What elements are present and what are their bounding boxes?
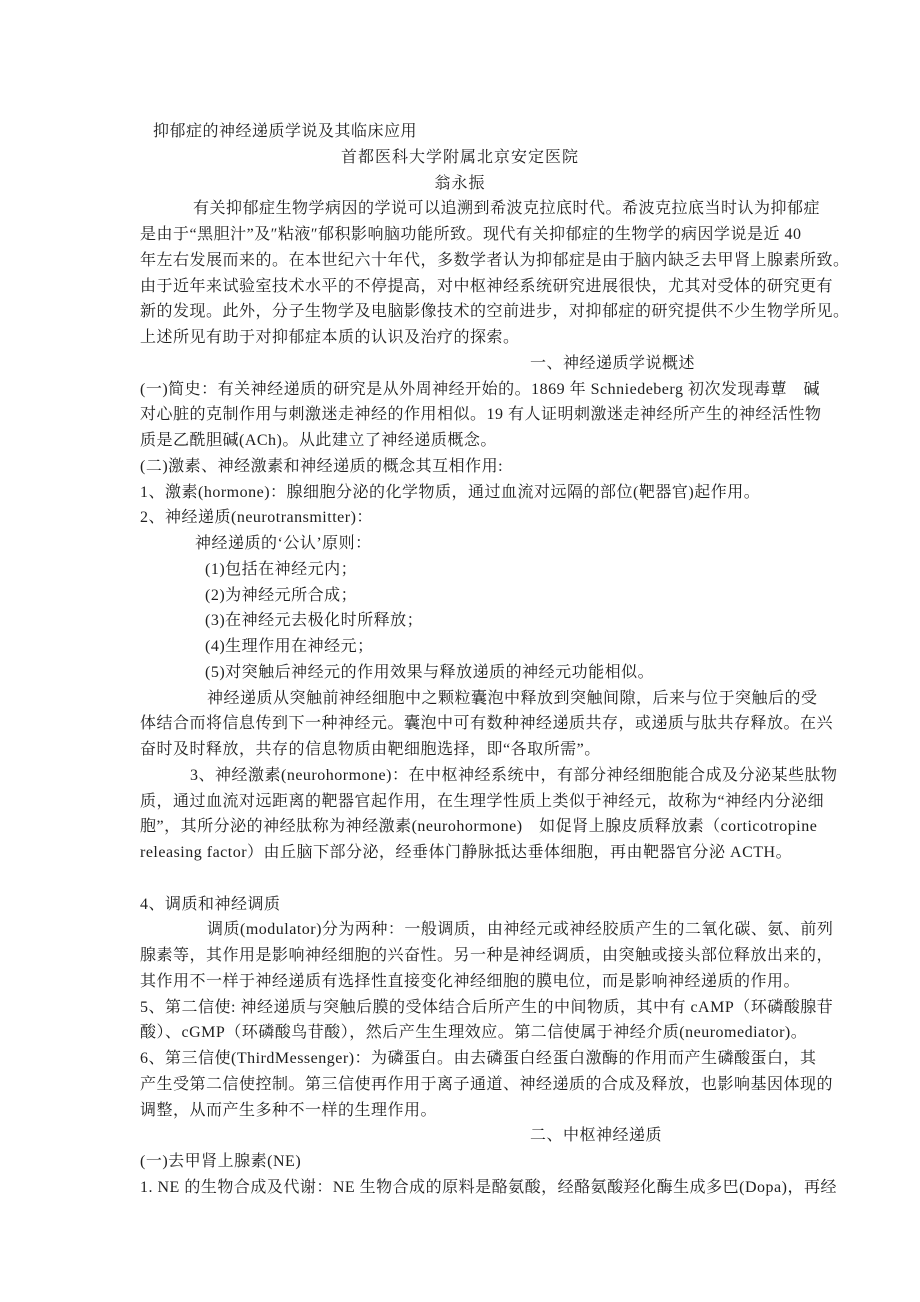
text-line: 新的发现。此外，分子生物学及电脑影像技术的空前进步，对抑郁症的研究提供不少生物学… [0, 299, 920, 325]
text-line: 其作用不一样于神经递质有选择性直接变化神经细胞的膜电位，而是影响神经递质的作用。 [0, 969, 920, 995]
text-line: (5)对突触后神经元的作用效果与释放递质的神经元功能相似。 [0, 660, 920, 686]
text-line: 酸）、cGMP（环磷酸鸟苷酸），然后产生生理效应。第二信使属于神经介质(neur… [0, 1020, 920, 1046]
text-line: 腺素等，其作用是影响神经细胞的兴奋性。另一种是神经调质，由突触或接头部位释放出来… [0, 943, 920, 969]
text-line: 年左右发展而来的。在本世纪六十年代，多数学者认为抑郁症是由于脑内缺乏去甲肾上腺素… [0, 248, 920, 274]
text-line: 6、第三信使(ThirdMessenger)：为磷蛋白。由去磷蛋白经蛋白激酶的作… [0, 1046, 920, 1072]
text-line: (1)包括在神经元内； [0, 557, 920, 583]
text-line: 1. NE 的生物合成及代谢：NE 生物合成的原料是酪氨酸，经酪氨酸羟化酶生成多… [0, 1175, 920, 1201]
document-header-line: 翁永振 [0, 171, 920, 197]
text-line: 3、神经激素(neurohormone)：在中枢神经系统中，有部分神经细胞能合成… [0, 763, 920, 789]
text-line: 2、神经递质(neurotransmitter)： [0, 505, 920, 531]
text-line: (4)生理作用在神经元； [0, 634, 920, 660]
text-line: 神经递质从突触前神经细胞中之颗粒囊泡中释放到突触间隙，后来与位于突触后的受 [0, 686, 920, 712]
text-line: 奋时及时释放，共存的信息物质由靶细胞选择，即“各取所需”。 [0, 737, 920, 763]
text-line: 是由于“黑胆汁”及″粘液″郁积影响脑功能所致。现代有关抑郁症的生物学的病因学说是… [0, 222, 920, 248]
document-title: 抑郁症的神经递质学说及其临床应用 [0, 119, 920, 145]
text-line: 对心脏的克制作用与刺激迷走神经的作用相似。19 有人证明刺激迷走神经所产生的神经… [0, 402, 920, 428]
text-line [0, 866, 920, 892]
text-line: 神经递质的‘公认’原则： [0, 531, 920, 557]
text-line: 调质(modulator)分为两种：一般调质，由神经元或神经胶质产生的二氧化碳、… [0, 917, 920, 943]
document-page: 抑郁症的神经递质学说及其临床应用首都医科大学附属北京安定医院翁永振有关抑郁症生物… [0, 0, 920, 1302]
text-line: (一)简史：有关神经递质的研究是从外周神经开始的。1869 年 Schniede… [0, 377, 920, 403]
section-heading: 二、中枢神经递质 [0, 1123, 920, 1149]
section-heading: 一、神经递质学说概述 [0, 351, 920, 377]
text-line: releasing factor）由丘脑下部分泌，经垂体门静脉抵达垂体细胞，再由… [0, 840, 920, 866]
text-line: 4、调质和神经调质 [0, 892, 920, 918]
text-line: 由于近年来试验室技术水平的不停提高，对中枢神经系统研究进展很快，尤其对受体的研究… [0, 274, 920, 300]
text-line: 1、激素(hormone)：腺细胞分泌的化学物质，通过血流对远隔的部位(靶器官)… [0, 480, 920, 506]
document-text-block: 抑郁症的神经递质学说及其临床应用首都医科大学附属北京安定医院翁永振有关抑郁症生物… [0, 119, 920, 1201]
text-line: 调整，从而产生多种不一样的生理作用。 [0, 1098, 920, 1124]
text-line: 质，通过血流对远距离的靶器官起作用，在生理学性质上类似于神经元，故称为“神经内分… [0, 789, 920, 815]
text-line: 上述所见有助于对抑郁症本质的认识及治疗的探索。 [0, 325, 920, 351]
text-line: (一)去甲肾上腺素(NE) [0, 1149, 920, 1175]
text-line: (3)在神经元去极化时所释放； [0, 608, 920, 634]
text-line: 胞”，其所分泌的神经肽称为神经激素(neurohormone) 如促肾上腺皮质释… [0, 814, 920, 840]
text-line: 体结合而将信息传到下一种神经元。囊泡中可有数种神经递质共存，或递质与肽共存释放。… [0, 711, 920, 737]
text-line: (2)为神经元所合成； [0, 583, 920, 609]
text-line: 5、第二信使: 神经递质与突触后膜的受体结合后所产生的中间物质，其中有 cAMP… [0, 995, 920, 1021]
document-header-line: 首都医科大学附属北京安定医院 [0, 145, 920, 171]
text-line: 有关抑郁症生物学病因的学说可以追溯到希波克拉底时代。希波克拉底当时认为抑郁症 [0, 196, 920, 222]
text-line: 产生受第二信使控制。第三信使再作用于离子通道、神经递质的合成及释放，也影响基因体… [0, 1072, 920, 1098]
text-line: (二)激素、神经激素和神经递质的概念其互相作用: [0, 454, 920, 480]
text-line: 质是乙酰胆碱(ACh)。从此建立了神经递质概念。 [0, 428, 920, 454]
